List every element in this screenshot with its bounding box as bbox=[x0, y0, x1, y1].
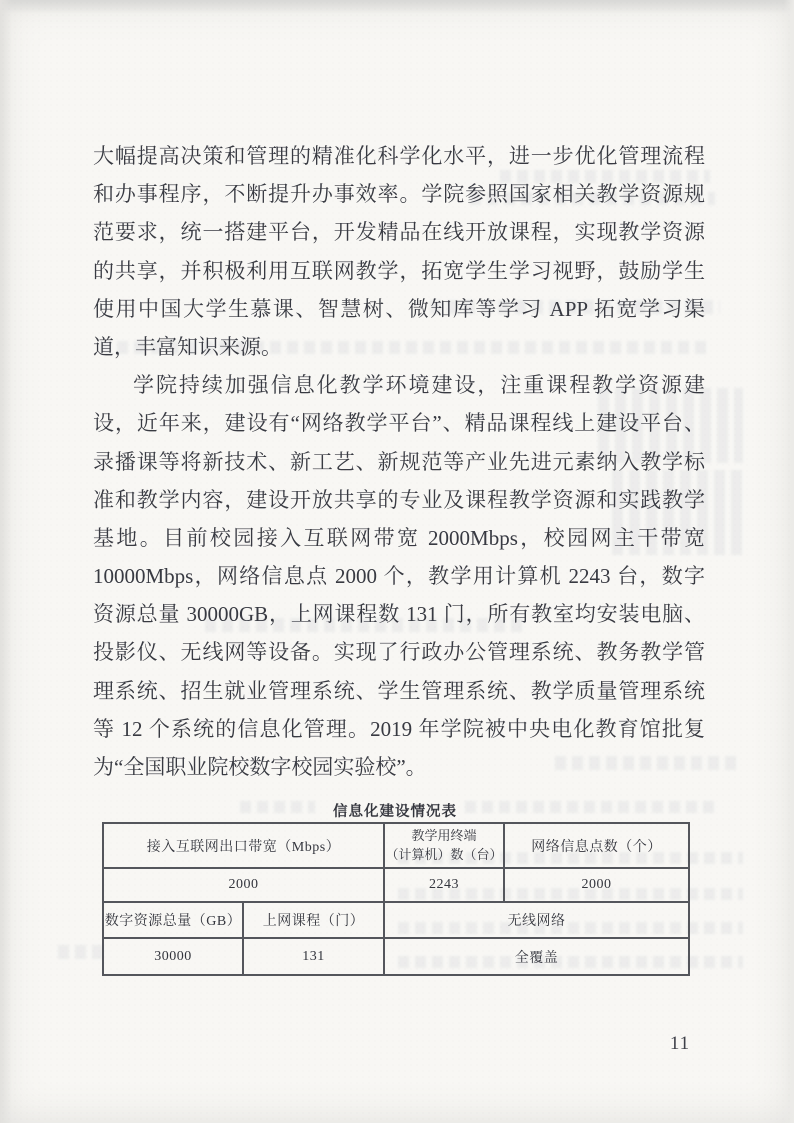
table-header-wireless-network: 无线网络 bbox=[384, 902, 689, 938]
table-header-line: 教学用终端 bbox=[385, 827, 503, 845]
document-page: 大幅提高决策和管理的精准化科学化水平，进一步优化管理流程 和办事程序，不断提升办… bbox=[0, 0, 794, 1123]
table-value-digital-resources: 30000 bbox=[103, 938, 243, 975]
body-text-line: 道，丰富知识来源。 bbox=[93, 328, 705, 366]
info-table: 接入互联网出口带宽（Mbps） 教学用终端 （计算机）数（台） 网络信息点数（个… bbox=[102, 822, 690, 976]
body-text-line: 理系统、招生就业管理系统、学生管理系统、教学质量管理系统 bbox=[93, 672, 705, 710]
body-text-line: 准和教学内容，建设开放共享的专业及课程教学资源和实践教学 bbox=[93, 481, 705, 519]
table-value-terminals: 2243 bbox=[384, 868, 504, 902]
body-text: 大幅提高决策和管理的精准化科学化水平，进一步优化管理流程 和办事程序，不断提升办… bbox=[93, 137, 705, 786]
table-header-online-courses: 上网课程（门） bbox=[243, 902, 384, 938]
scan-edge-artifact bbox=[0, 0, 12, 1123]
table-header-internet-bandwidth: 接入互联网出口带宽（Mbps） bbox=[103, 823, 384, 868]
table-value-wireless-coverage: 全覆盖 bbox=[384, 938, 689, 975]
table-header-network-points: 网络信息点数（个） bbox=[504, 823, 689, 868]
body-text-line: 的共享，并积极利用互联网教学，拓宽学生学习视野，鼓励学生 bbox=[93, 252, 705, 290]
scan-edge-artifact bbox=[784, 0, 794, 1123]
table-title: 信息化建设情况表 bbox=[102, 800, 688, 821]
body-text-line: 等 12 个系统的信息化管理。2019 年学院被中央电化教育馆批复 bbox=[93, 710, 705, 748]
body-text-line: 范要求，统一搭建平台，开发精品在线开放课程，实现教学资源 bbox=[93, 213, 705, 251]
scan-edge-artifact bbox=[0, 0, 794, 14]
table-header-line: （计算机）数（台） bbox=[385, 846, 503, 864]
table-header-teaching-terminals: 教学用终端 （计算机）数（台） bbox=[384, 823, 504, 868]
body-text-line: 学院持续加强信息化教学环境建设，注重课程教学资源建 bbox=[93, 366, 705, 404]
body-text-line: 使用中国大学生慕课、智慧树、微知库等学习 APP 拓宽学习渠 bbox=[93, 290, 705, 328]
body-text-line: 设，近年来，建设有“网络教学平台”、精品课程线上建设平台、 bbox=[93, 404, 705, 442]
body-text-line: 录播课等将新技术、新工艺、新规范等产业先进元素纳入教学标 bbox=[93, 443, 705, 481]
table-header-digital-resources: 数字资源总量（GB） bbox=[103, 902, 243, 938]
body-text-line: 资源总量 30000GB，上网课程数 131 门，所有教室均安装电脑、 bbox=[93, 595, 705, 633]
table-value-bandwidth: 2000 bbox=[103, 868, 384, 902]
bleed-through-artifact bbox=[58, 945, 106, 959]
body-text-line: 大幅提高决策和管理的精准化科学化水平，进一步优化管理流程 bbox=[93, 137, 705, 175]
body-text-line: 和办事程序，不断提升办事效率。学院参照国家相关教学资源规 bbox=[93, 175, 705, 213]
page-number: 11 bbox=[658, 1033, 702, 1055]
body-text-line: 为“全国职业院校数字校园实验校”。 bbox=[93, 748, 705, 786]
table-value-network-points: 2000 bbox=[504, 868, 689, 902]
table-value-online-courses: 131 bbox=[243, 938, 384, 975]
body-text-line: 投影仪、无线网等设备。实现了行政办公管理系统、教务教学管 bbox=[93, 633, 705, 671]
body-text-line: 基地。目前校园接入互联网带宽 2000Mbps，校园网主干带宽 bbox=[93, 519, 705, 557]
body-text-line: 10000Mbps，网络信息点 2000 个，教学用计算机 2243 台，数字 bbox=[93, 557, 705, 595]
